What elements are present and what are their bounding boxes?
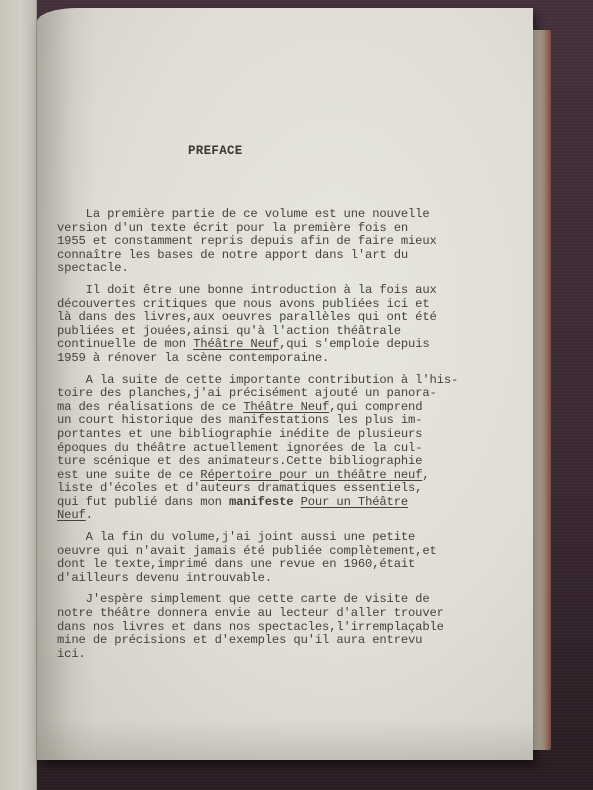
text-segment: ,qui comprend: [329, 400, 422, 414]
text-segment: .: [86, 508, 93, 522]
text-line: qui fut publié dans mon manifeste Pour u…: [57, 496, 517, 510]
underlined-title-pour-un-theatre: Pour un Théâtre: [301, 495, 408, 509]
text-line: un court historique des manifestations l…: [57, 414, 517, 428]
text-segment: [293, 495, 300, 509]
text-line: A la suite de cette importante contribut…: [57, 374, 517, 388]
text-line: là dans des livres,aux oeuvres parallèle…: [57, 311, 517, 325]
paragraph-5: J'espère simplement que cette carte de v…: [57, 593, 517, 661]
text-line: A la fin du volume,j'ai joint aussi une …: [57, 531, 517, 545]
text-line: est une suite de ce Répertoire pour un t…: [57, 469, 517, 483]
paragraph-1: La première partie de ce volume est une …: [57, 208, 517, 276]
text-line: continuelle de mon Théâtre Neuf,qui s'em…: [57, 338, 517, 352]
text-line: découvertes critiques que nous avons pub…: [57, 298, 517, 312]
facing-page-edge: [0, 0, 37, 790]
text-line: notre théâtre donnera envie au lecteur d…: [57, 607, 517, 621]
text-line: ma des réalisations de ce Théâtre Neuf,q…: [57, 401, 517, 415]
text-line: 1959 à rénover la scène contemporaine.: [57, 352, 517, 366]
text-line: d'ailleurs devenu introuvable.: [57, 572, 517, 586]
text-line: J'espère simplement que cette carte de v…: [57, 593, 517, 607]
page-title: PREFACE: [188, 144, 243, 158]
text-line: Il doit être une bonne introduction à la…: [57, 284, 517, 298]
text-line: mine de précisions et d'exemples qu'il a…: [57, 634, 517, 648]
text-line: toire des planches,j'ai précisément ajou…: [57, 387, 517, 401]
text-line: connaître les bases de notre apport dans…: [57, 249, 517, 263]
text-line: oeuvre qui n'avait jamais été publiée co…: [57, 545, 517, 559]
text-segment: qui fut publié dans mon: [57, 495, 229, 509]
underlined-title-neuf: Neuf: [57, 508, 86, 522]
text-line: 1955 et constamment repris depuis afin d…: [57, 235, 517, 249]
text-segment: ma des réalisations de ce: [57, 400, 243, 414]
preface-body: La première partie de ce volume est une …: [57, 208, 517, 669]
text-line: Neuf.: [57, 509, 517, 523]
text-line: spectacle.: [57, 262, 517, 276]
text-segment: ,qui s'emploie depuis: [279, 337, 429, 351]
text-line: version d'un texte écrit pour la premièr…: [57, 222, 517, 236]
paragraph-3: A la suite de cette importante contribut…: [57, 374, 517, 524]
text-segment: est une suite de ce: [57, 468, 200, 482]
paragraph-2: Il doit être une bonne introduction à la…: [57, 284, 517, 366]
text-segment: ,: [422, 468, 429, 482]
text-line: publiées et jouées,ainsi qu'à l'action t…: [57, 325, 517, 339]
book-page: PREFACE La première partie de ce volume …: [37, 8, 533, 760]
underlined-title-repertoire: Répertoire pour un théâtre neuf: [200, 468, 422, 482]
bold-word-manifeste: manifeste: [229, 495, 293, 509]
text-line: époques du théâtre actuellement ignorées…: [57, 442, 517, 456]
underlined-title-theatre-neuf: Théâtre Neuf: [193, 337, 279, 351]
text-line: liste d'écoles et d'auteurs dramatiques …: [57, 482, 517, 496]
text-line: ture scénique et des animateurs.Cette bi…: [57, 455, 517, 469]
paragraph-4: A la fin du volume,j'ai joint aussi une …: [57, 531, 517, 585]
text-line: portantes et une bibliographie inédite d…: [57, 428, 517, 442]
text-line: La première partie de ce volume est une …: [57, 208, 517, 222]
text-line: dont le texte,imprimé dans une revue en …: [57, 558, 517, 572]
text-line: ici.: [57, 648, 517, 662]
text-line: dans nos livres et dans nos spectacles,l…: [57, 621, 517, 635]
text-segment: continuelle de mon: [57, 337, 193, 351]
underlined-title-theatre-neuf: Théâtre Neuf: [243, 400, 329, 414]
